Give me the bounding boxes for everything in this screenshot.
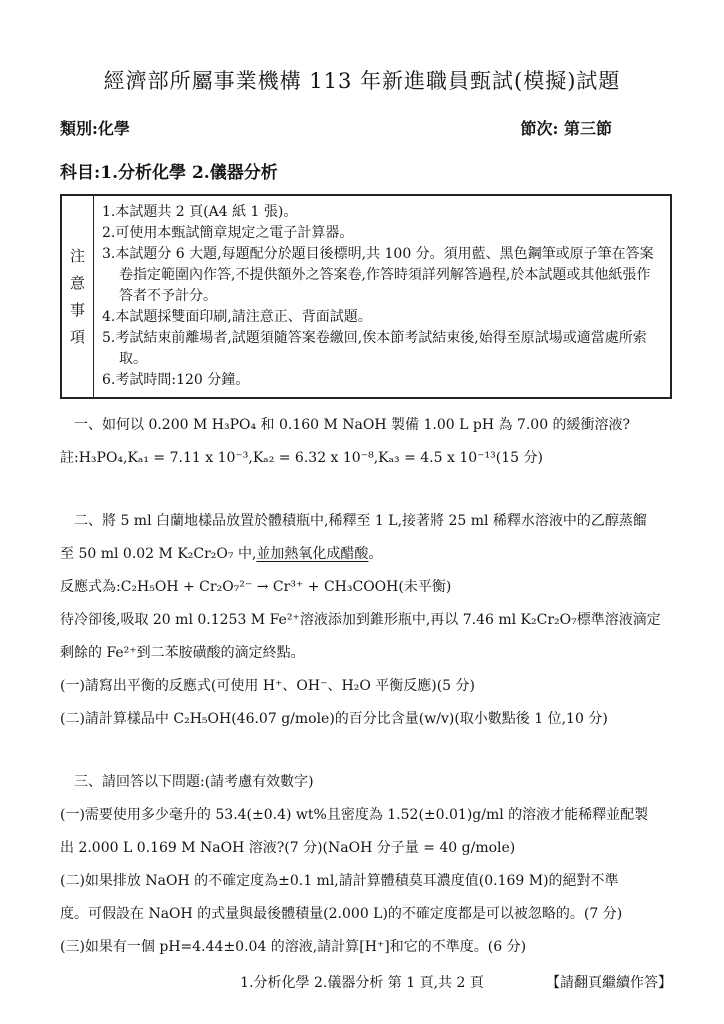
question-2-subquestion-1: (一)請寫出平衡的反應式(可使用 H⁺、OH⁻、H₂O 平衡反應)(5 分)	[60, 670, 696, 703]
spacer	[60, 475, 696, 505]
question-1-line-1: 一、如何以 0.200 M H₃PO₄ 和 0.160 M NaOH 製備 1.…	[60, 409, 696, 442]
footer-continue-note: 【請翻頁繼續作答】	[546, 972, 672, 992]
header-meta-row: 類別:化學 節次: 第三節	[60, 116, 664, 138]
page-footer: 1.分析化學 2.儀器分析 第 1 頁,共 2 頁 【請翻頁繼續作答】	[0, 972, 724, 992]
question-2-line-1: 二、將 5 ml 白蘭地樣品放置於體積瓶中,稀釋至 1 L,接著將 25 ml …	[60, 505, 696, 538]
questions-section: 一、如何以 0.200 M H₃PO₄ 和 0.160 M NaOH 製備 1.…	[60, 409, 696, 964]
question-2-line-2: 至 50 ml 0.02 M K₂Cr₂O₇ 中,並加熱氧化成醋酸。	[60, 538, 696, 571]
session-label: 節次: 第三節	[521, 116, 612, 139]
subject-label: 科目:1.分析化學 2.儀器分析	[60, 158, 664, 182]
question-3-subquestion-1-line-2: 出 2.000 L 0.169 M NaOH 溶液?(7 分)(NaOH 分子量…	[60, 832, 696, 865]
notice-label: 注意事項	[70, 243, 86, 351]
question-1-note: 註:H₃PO₄,Kₐ₁ = 7.11 x 10⁻³,Kₐ₂ = 6.32 x 1…	[60, 442, 696, 475]
notice-label-column: 注意事項	[62, 196, 94, 397]
notice-box: 注意事項 1.本試題共 2 頁(A4 紙 1 張)。 2.可使用本甄試簡章規定之…	[60, 194, 672, 399]
notice-item-1: 1.本試題共 2 頁(A4 紙 1 張)。	[102, 202, 662, 223]
question-3-subquestion-3: (三)如果有一個 pH=4.44±0.04 的溶液,請計算[H⁺]和它的不準度。…	[60, 931, 696, 964]
question-3-subquestion-1-line-1: (一)需要使用多少毫升的 53.4(±0.4) wt%且密度為 1.52(±0.…	[60, 799, 696, 832]
notice-content: 1.本試題共 2 頁(A4 紙 1 張)。 2.可使用本甄試簡章規定之電子計算器…	[94, 196, 670, 397]
question-2-reaction-equation: 反應式為:C₂H₅OH + Cr₂O₇²⁻ → Cr³⁺ + CH₃COOH(未…	[60, 571, 696, 604]
question-2-subquestion-2: (二)請計算樣品中 C₂H₅OH(46.07 g/mole)的百分比含量(w/v…	[60, 703, 696, 736]
exam-page: 經濟部所屬事業機構 113 年新進職員甄試(模擬)試題 類別:化學 節次: 第三…	[0, 0, 724, 1024]
spacer	[60, 736, 696, 766]
page-title: 經濟部所屬事業機構 113 年新進職員甄試(模擬)試題	[0, 66, 724, 96]
category-label: 類別:化學	[60, 116, 130, 139]
notice-item-5: 5.考試結束前離場者,試題須隨答案卷繳回,俟本節考試結束後,始得至原試場或適當處…	[102, 328, 662, 370]
question-3-subquestion-2-line-2: 度。可假設在 NaOH 的式量與最後體積量(2.000 L)的不確定度都是可以被…	[60, 898, 696, 931]
notice-item-2: 2.可使用本甄試簡章規定之電子計算器。	[102, 223, 662, 244]
question-2-line-2-prefix: 至 50 ml 0.02 M K₂Cr₂O₇ 中,	[60, 546, 256, 562]
question-3-intro: 三、請回答以下問題:(請考慮有效數字)	[60, 766, 696, 799]
question-2-line-2-suffix: 。	[368, 546, 382, 562]
notice-item-6: 6.考試時間:120 分鐘。	[102, 370, 662, 391]
question-3-subquestion-2-line-1: (二)如果排放 NaOH 的不確定度為±0.1 ml,請計算體積莫耳濃度值(0.…	[60, 865, 696, 898]
footer-page-info: 1.分析化學 2.儀器分析 第 1 頁,共 2 頁	[240, 975, 484, 991]
notice-item-3: 3.本試題分 6 大題,每題配分於題目後標明,共 100 分。須用藍、黑色鋼筆或…	[102, 244, 662, 307]
notice-item-4: 4.本試題採雙面印刷,請注意正、背面試題。	[102, 307, 662, 328]
question-2-line-2-underlined: 並加熱氧化成醋酸	[256, 546, 368, 562]
question-2-line-5: 剩餘的 Fe²⁺到二苯胺磺酸的滴定終點。	[60, 637, 696, 670]
question-2-line-4: 待冷卻後,吸取 20 ml 0.1253 M Fe²⁺溶液添加到錐形瓶中,再以 …	[60, 604, 696, 637]
